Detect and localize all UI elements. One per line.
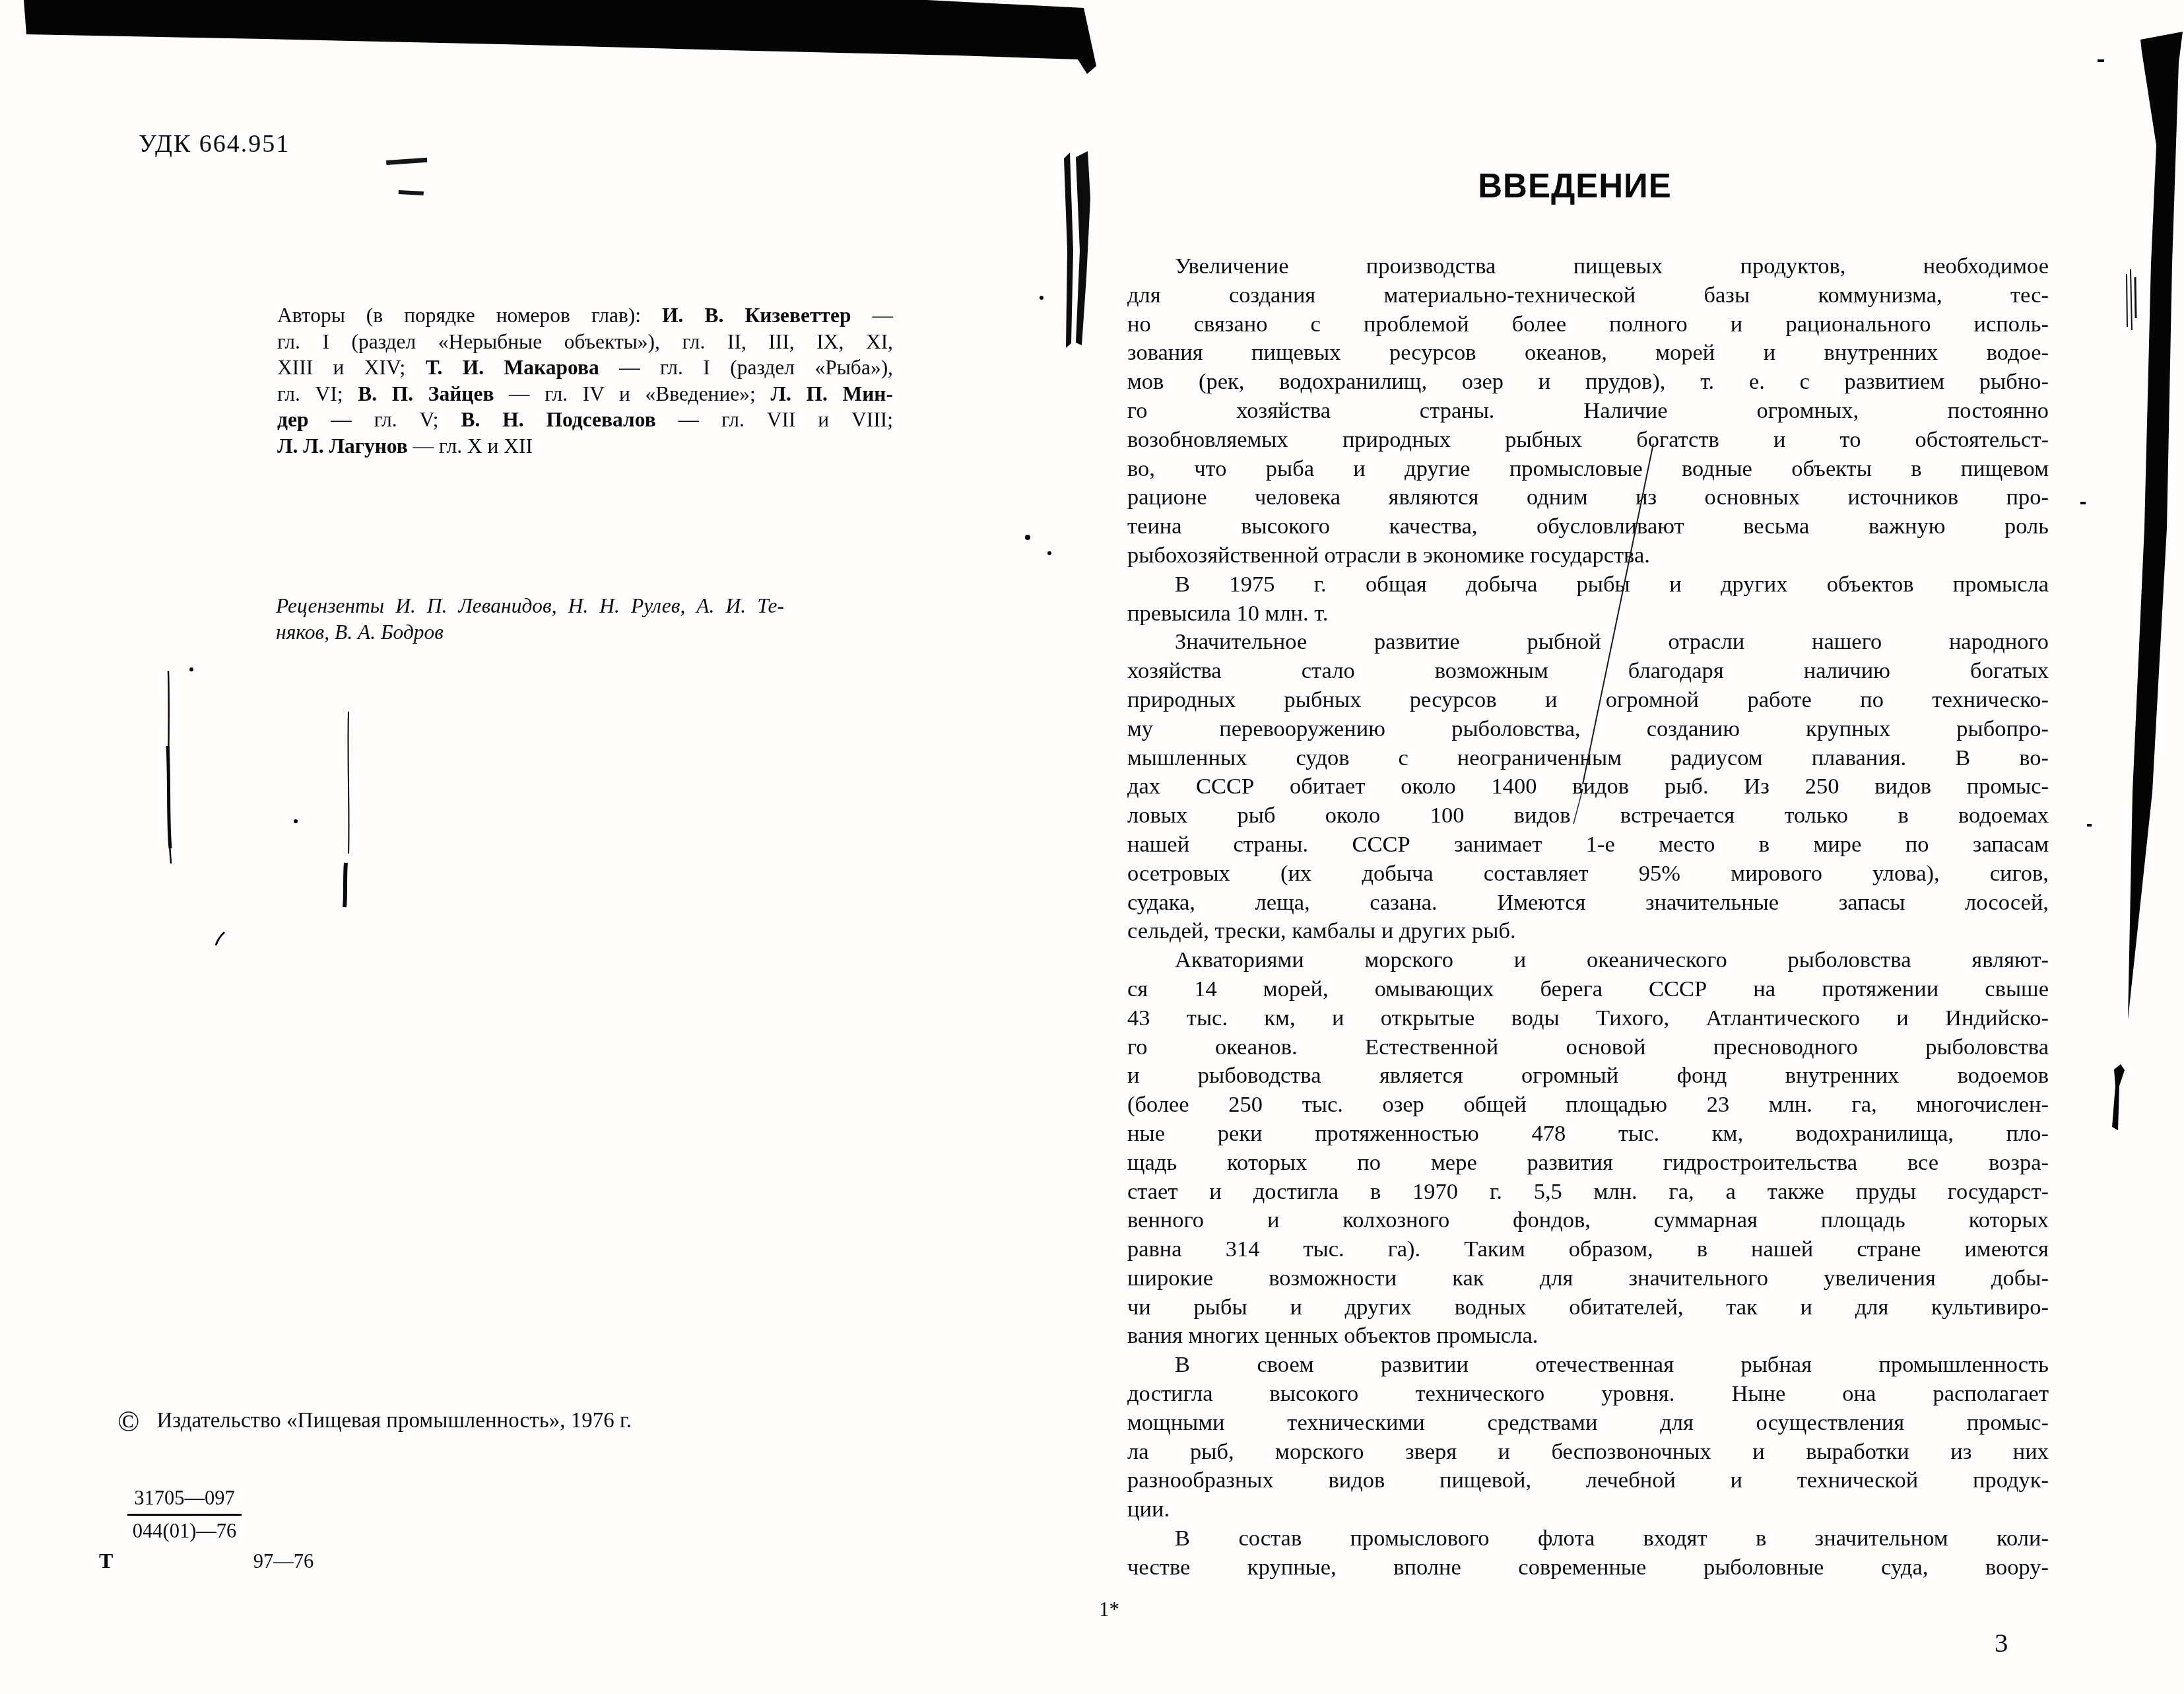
- body-line: сельдей, трески, камбалы и других рыб.: [1127, 917, 2049, 946]
- scan-artifact-dash: [386, 158, 427, 165]
- chapter-title: ВВЕДЕНИЕ: [1115, 166, 2034, 205]
- body-line: 43 тыс. км, и открытые воды Тихого, Атла…: [1127, 1004, 2049, 1033]
- body-line: ции.: [1127, 1495, 2049, 1524]
- imprint-fraction: 31705—097044(01)—76: [127, 1487, 242, 1543]
- body-line: мышленных судов с неограниченным радиусо…: [1127, 744, 2049, 773]
- imprint-prefix: Т: [99, 1549, 113, 1573]
- body-line: судака, леща, сазана. Имеются значительн…: [1127, 889, 2049, 918]
- body-line: честве крупные, вполне современные рыбол…: [1127, 1553, 2049, 1582]
- text-line: дер — гл. V; В. Н. Подсевалов — гл. VII …: [277, 407, 893, 433]
- scan-speck: [1047, 551, 1051, 555]
- body-line: В 1975 г. общая добыча рыбы и других объ…: [1127, 570, 2049, 599]
- text-line: няков, В. А. Бодров: [276, 619, 784, 646]
- page-number: 3: [1995, 1627, 2008, 1658]
- body-line: В состав промыслового флота входят в зна…: [1127, 1524, 2049, 1553]
- reviewers-block: Рецензенты И. П. Леванидов, Н. Н. Рулев,…: [276, 593, 784, 646]
- body-line: го океанов. Естественной основой преснов…: [1127, 1033, 2049, 1062]
- scan-artifact-scratch: [168, 746, 170, 848]
- body-line: для создания материально-технической баз…: [1127, 281, 2049, 310]
- book-scan-spread: УДК 664.951 Авторы (в порядке номеров гл…: [0, 0, 2184, 1694]
- body-line: Значительное развитие рыбной отрасли наш…: [1127, 628, 2049, 657]
- body-line: равна 314 тыс. га). Таким образом, в наш…: [1127, 1235, 2049, 1264]
- body-line: мощными техническими средствами для осущ…: [1127, 1409, 2049, 1438]
- copyright-icon: ©: [117, 1406, 139, 1438]
- body-line: (более 250 тыс. озер общей площадью 23 м…: [1127, 1091, 2049, 1120]
- scan-artifact-scratch: [348, 712, 348, 854]
- authors-block: Авторы (в порядке номеров глав): И. В. К…: [277, 302, 893, 459]
- body-line: ла рыб, морского зверя и беспозвоночных …: [1127, 1438, 2049, 1467]
- spine-smudge: [1064, 152, 1073, 348]
- body-line: достигла высокого технического уровня. Н…: [1127, 1380, 2049, 1409]
- scan-artifact-right-wedge: [2128, 32, 2183, 1020]
- imprint-denominator: 044(01)—76: [127, 1516, 242, 1543]
- scan-artifact-top-band: [24, 0, 1096, 74]
- copyright-text: Издательство «Пищевая промышленность», 1…: [156, 1409, 632, 1433]
- body-line: вания многих ценных объектов промысла.: [1127, 1322, 2049, 1351]
- spine-smudge: [1076, 151, 1090, 345]
- body-line: широкие возможности как для значительног…: [1127, 1264, 2049, 1293]
- body-line: разнообразных видов пищевой, лечебной и …: [1127, 1466, 2049, 1495]
- body-line: ся 14 морей, омывающих берега СССР на пр…: [1127, 975, 2049, 1004]
- text-line: гл. I (раздел «Нерыбные объекты»), гл. I…: [277, 329, 893, 355]
- body-line: Акваториями морского и океанического рыб…: [1127, 946, 2049, 975]
- text-line: гл. VI; В. П. Зайцев — гл. IV и «Введени…: [277, 381, 893, 407]
- text-line: Рецензенты И. П. Леванидов, Н. Н. Рулев,…: [276, 593, 784, 619]
- text-line: XIII и XIV; Т. И. Макарова — гл. I (разд…: [277, 355, 893, 381]
- body-line: теина высокого качества, обусловливают в…: [1127, 512, 2049, 541]
- body-line: венного и колхозного фондов, суммарная п…: [1127, 1206, 2049, 1235]
- body-line: возобновляемых природных рыбных богатств…: [1127, 426, 2049, 455]
- scan-speck: [2080, 502, 2086, 504]
- body-line: осетровых (их добыча составляет 95% миро…: [1127, 860, 2049, 889]
- body-line: мов (рек, водохранилищ, озер и прудов), …: [1127, 368, 2049, 397]
- body-line: дах СССР обитает около 1400 видов рыб. И…: [1127, 772, 2049, 801]
- body-line: хозяйства стало возможным благодаря нали…: [1127, 657, 2049, 686]
- scan-artifact-right-sliver: [2112, 1064, 2125, 1130]
- body-line: зования пищевых ресурсов океанов, морей …: [1127, 339, 2049, 368]
- udc-number: УДК 664.951: [139, 129, 290, 158]
- scan-speck: [1025, 535, 1030, 540]
- catalog-imprint: Т31705—097044(01)—7697—76: [99, 1487, 314, 1573]
- body-line: природных рыбных ресурсов и огромной раб…: [1127, 686, 2049, 715]
- body-line: щадь которых по мере развития гидрострои…: [1127, 1149, 2049, 1178]
- body-line: стает и достигла в 1970 г. 5,5 млн. га, …: [1127, 1178, 2049, 1207]
- body-line: нашей страны. СССР занимает 1-е место в …: [1127, 830, 2049, 860]
- text-line: Авторы (в порядке номеров глав): И. В. К…: [277, 302, 893, 329]
- scan-speck: [2087, 824, 2092, 827]
- imprint-numerator: 31705—097: [127, 1487, 242, 1516]
- text-line: Л. Л. Лагунов — гл. X и XII: [277, 433, 893, 459]
- copyright-line: ©Издательство «Пищевая промышленность», …: [117, 1405, 632, 1439]
- body-line: чи рыбы и других водных обитателей, так …: [1127, 1293, 2049, 1322]
- body-line: В своем развитии отечественная рыбная пр…: [1127, 1351, 2049, 1380]
- body-line: но связано с проблемой более полного и р…: [1127, 310, 2049, 339]
- body-line: и рыбоводства является огромный фонд вну…: [1127, 1062, 2049, 1091]
- body-line: ные реки протяженностью 478 тыс. км, вод…: [1127, 1120, 2049, 1149]
- body-line: ловых рыб около 100 видов встречается то…: [1127, 801, 2049, 830]
- body-line: Увеличение производства пищевых продукто…: [1127, 252, 2049, 281]
- body-line: го хозяйства страны. Наличие огромных, п…: [1127, 397, 2049, 426]
- body-line: во, что рыба и другие промысловые водные…: [1127, 455, 2049, 484]
- imprint-suffix: 97—76: [253, 1550, 314, 1573]
- scan-artifact-dash: [399, 190, 424, 195]
- scan-speck: [189, 667, 193, 671]
- scan-artifact-slash-mark: [216, 932, 224, 945]
- footnote-mark: 1*: [1099, 1598, 1119, 1621]
- scan-artifact-scratch-cluster: [2127, 269, 2136, 330]
- scan-artifact-scratch: [345, 863, 346, 907]
- body-line: превысила 10 млн. т.: [1127, 599, 2049, 628]
- body-line: рыбохозяйственной отрасли в экономике го…: [1127, 541, 2049, 570]
- scan-artifact-scratch: [168, 671, 171, 864]
- body-line: рационе человека являются одним из основ…: [1127, 483, 2049, 512]
- scan-speck: [294, 819, 298, 823]
- scan-speck: [1040, 296, 1043, 300]
- scan-speck: [2098, 59, 2104, 62]
- body-line: му перевооружению рыболовства, созданию …: [1127, 715, 2049, 744]
- body-text: Увеличение производства пищевых продукто…: [1127, 252, 2049, 1582]
